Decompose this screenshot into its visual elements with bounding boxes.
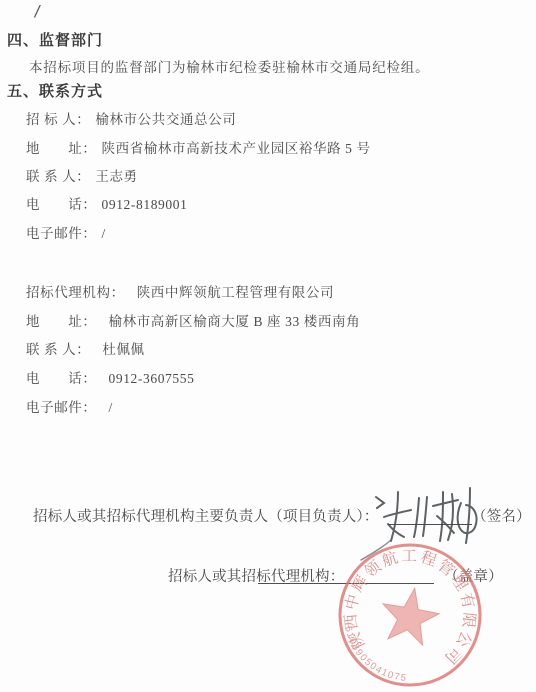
tenderer-row: 招 标 人：榆林市公共交通总公司: [26, 108, 236, 128]
field-value: 陕西省榆林市高新技术产业园区裕华路 5 号: [102, 141, 371, 156]
field-value: 杜佩佩: [102, 342, 144, 357]
tenderer-row: 电 话：0912-8189001: [26, 193, 187, 213]
field-label: 地 址：: [26, 310, 97, 330]
field-label: 招 标 人：: [26, 108, 90, 128]
supervision-body: 本招标项目的监督部门为榆林市纪检委驻榆林市交通局纪检组。: [29, 56, 429, 76]
field-value: /: [102, 226, 106, 241]
field-value: 0912-3607555: [109, 371, 195, 386]
field-label: 地 址：: [26, 137, 97, 157]
field-value: 王志勇: [95, 169, 137, 184]
tenderer-row: 电子邮件：/: [26, 222, 106, 242]
seal-star-icon: [377, 583, 443, 646]
agency-row: 地 址：榆林市高新区榆商大厦 B 座 33 楼西南角: [26, 310, 360, 330]
agency-row: 联 系 人：杜佩佩: [26, 338, 145, 358]
field-label: 联 系 人：: [26, 165, 90, 185]
top-slash-mark: /: [33, 2, 42, 20]
field-label: 电 话：: [26, 193, 97, 213]
handwritten-signature-icon: [350, 470, 530, 565]
document-page: / 四、监督部门 本招标项目的监督部门为榆林市纪检委驻榆林市交通局纪检组。 五、…: [0, 0, 536, 692]
responsible-sign-line-prefix: 招标人或其招标代理机构主要负责人（项目负责人）：: [33, 505, 379, 526]
field-label: 联 系 人：: [26, 338, 90, 358]
tenderer-row: 联 系 人：王志勇: [26, 165, 138, 185]
tenderer-row: 地 址：陕西省榆林市高新技术产业园区裕华路 5 号: [26, 137, 371, 157]
field-value: /: [109, 400, 113, 415]
agency-row: 电 话：0912-3607555: [26, 367, 194, 387]
field-value: 陕西中辉领航工程管理有限公司: [137, 285, 334, 300]
field-value: 0912-8189001: [102, 197, 188, 212]
field-label: 电子邮件：: [26, 396, 97, 416]
contact-heading: 五、联系方式: [7, 80, 103, 101]
supervision-heading: 四、监督部门: [7, 29, 103, 50]
field-label: 电子邮件：: [26, 222, 97, 242]
field-value: 榆林市高新区榆商大厦 B 座 33 楼西南角: [109, 314, 361, 329]
field-label: 电 话：: [26, 367, 97, 387]
agency-row: 电子邮件：/: [26, 396, 113, 416]
field-value: 榆林市公共交通总公司: [95, 112, 236, 127]
agency-row: 招标代理机构：陕西中辉领航工程管理有限公司: [26, 281, 334, 301]
field-label: 招标代理机构：: [26, 281, 125, 301]
